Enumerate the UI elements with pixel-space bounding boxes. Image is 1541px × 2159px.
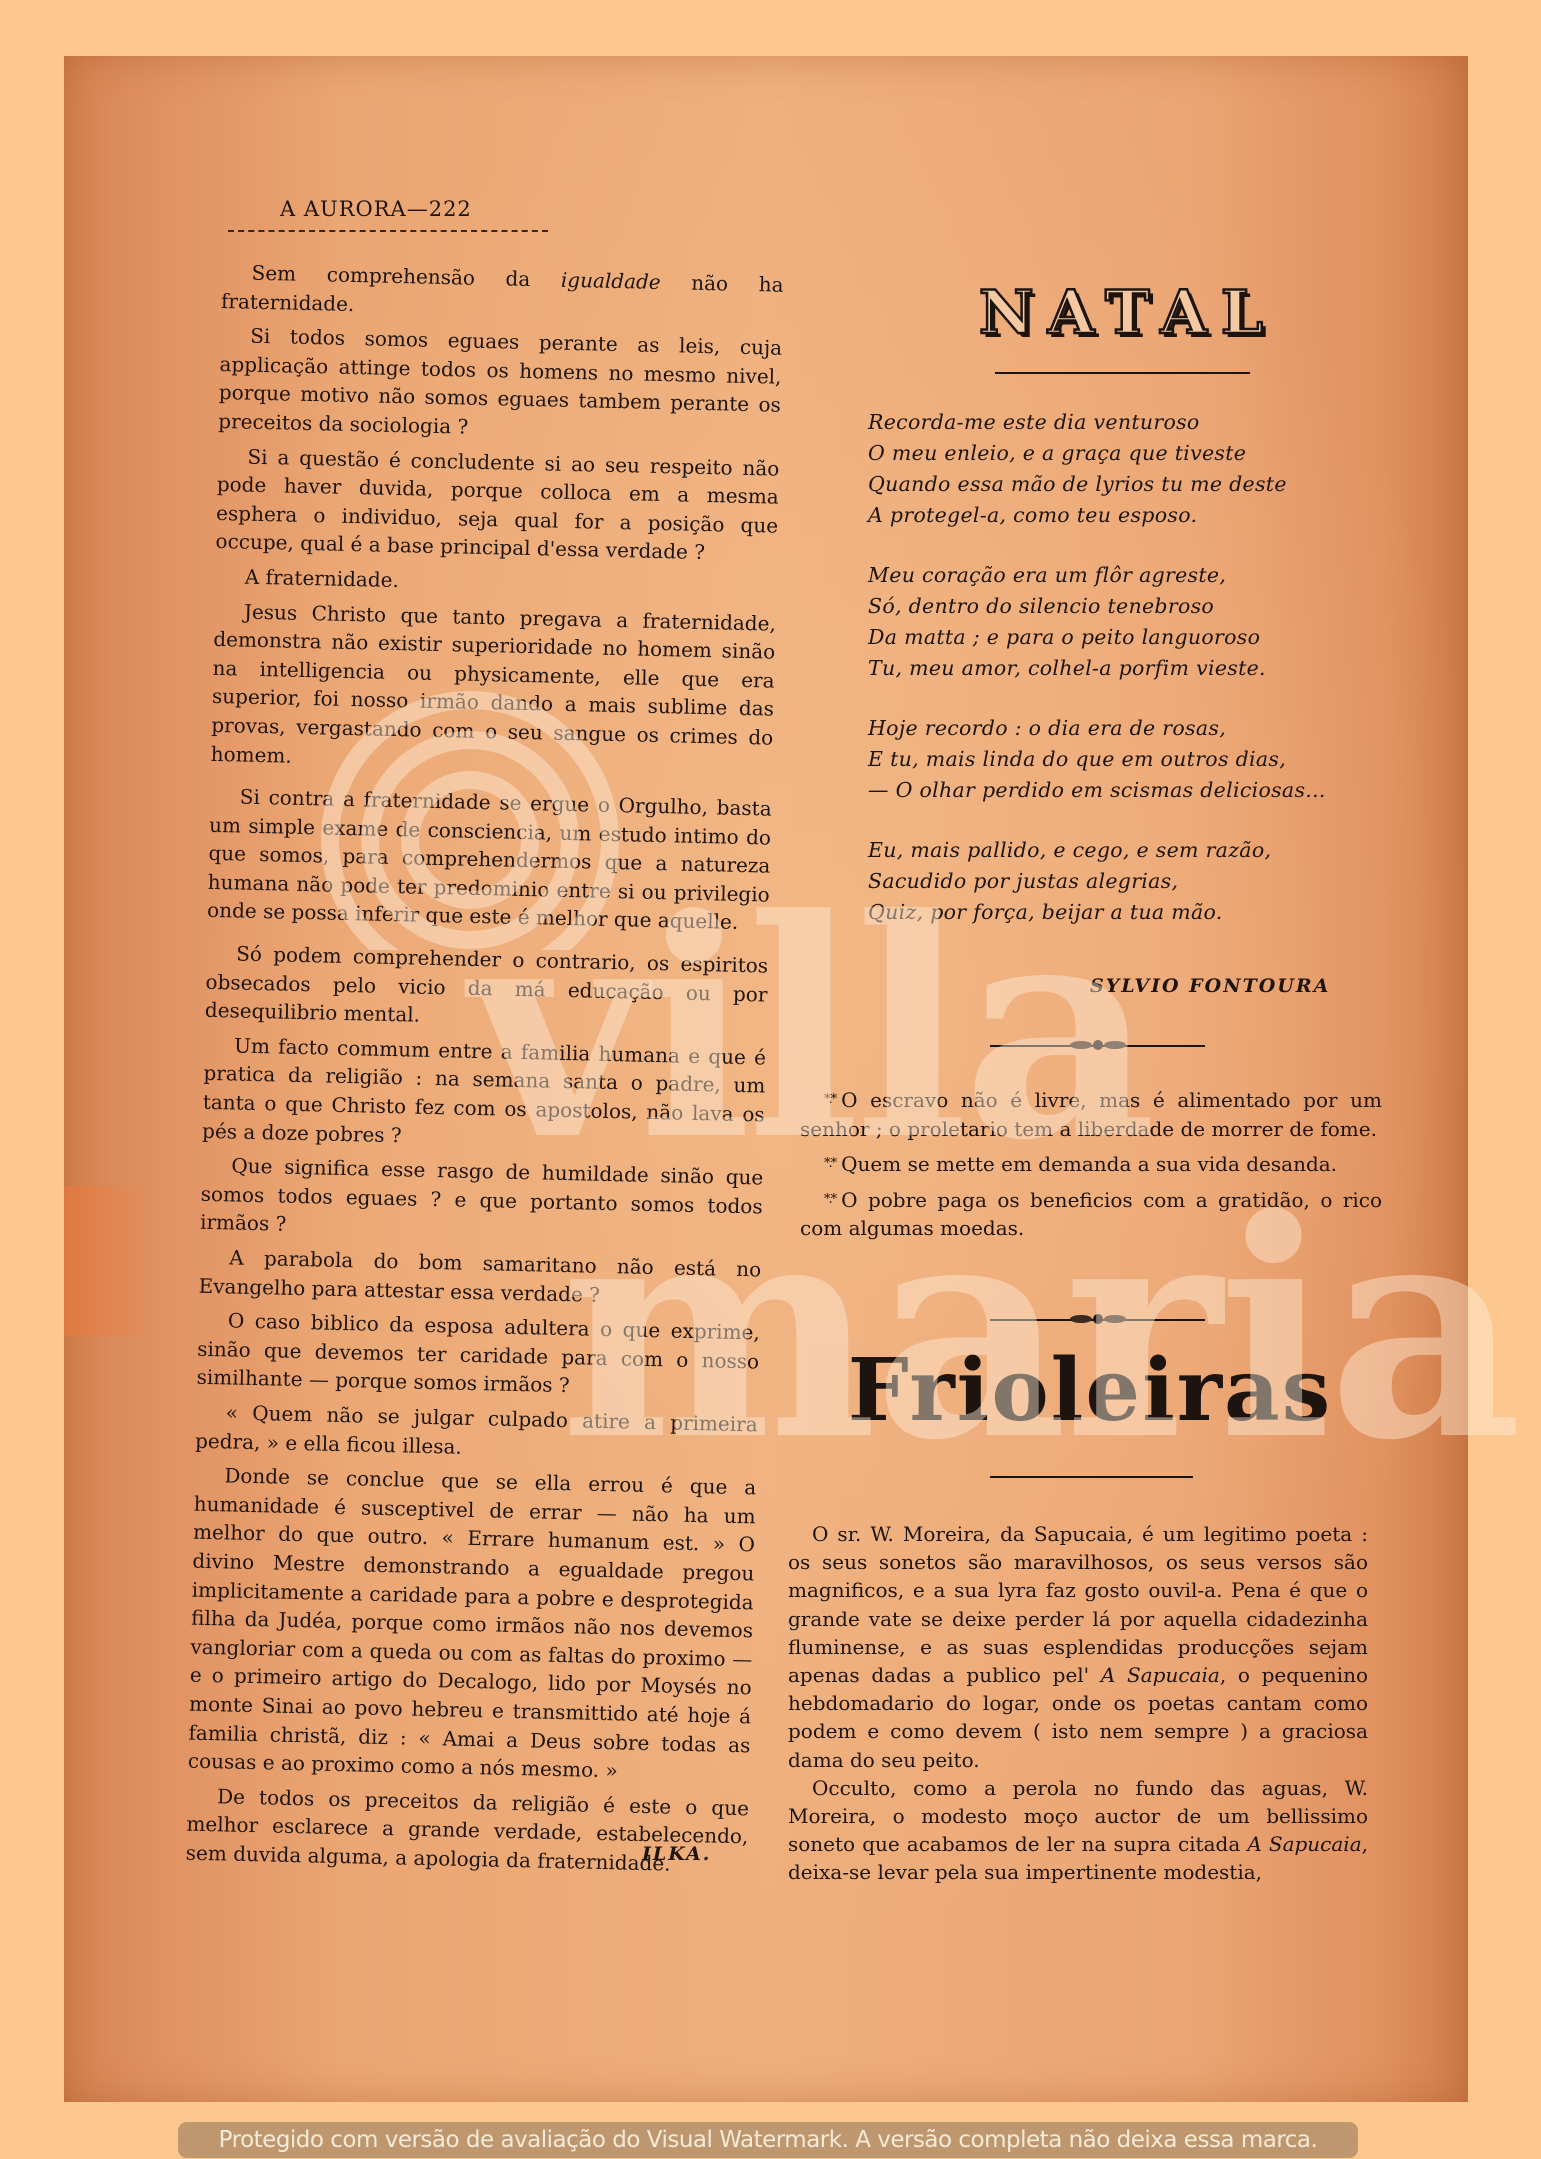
section-title: Frioleiras [820, 1340, 1360, 1441]
poem-line: Quando essa mão de lyrios tu me deste [868, 469, 1388, 500]
poem-line: A protegel-a, como teu esposo. [868, 500, 1388, 531]
article-fraternidade: Sem comprehensão da igualdade não ha fra… [185, 258, 784, 1886]
article-signature: ILKA. [642, 1843, 711, 1865]
poem-line: E tu, mais linda do que em outros dias, [868, 744, 1388, 775]
title-rule [990, 1476, 1193, 1478]
asterism-icon: *.* [824, 1156, 835, 1171]
title-rule [995, 372, 1250, 374]
article-paragraph: De todos os preceitos da religião é este… [185, 1781, 749, 1880]
poem-stanza: Hoje recordo : o dia era de rosas,E tu, … [868, 713, 1388, 806]
article-paragraph: Um facto commum entre a familia humana e… [202, 1031, 766, 1158]
poem-line: Quiz, por força, beijar a tua mão. [868, 897, 1388, 928]
frioleiras-paragraph: O sr. W. Moreira, da Sapucaia, é um legi… [788, 1520, 1368, 1774]
aphorisms-section: *.*O escravo não é livre, mas é alimenta… [800, 1086, 1382, 1250]
poem-line: O meu enleio, e a graça que tiveste [868, 438, 1388, 469]
poem-stanza: Meu coração era um flôr agreste,Só, dent… [868, 560, 1388, 684]
watermark-banner: Protegido com versão de avaliação do Vis… [178, 2122, 1358, 2158]
poem-line: Hoje recordo : o dia era de rosas, [868, 713, 1388, 744]
article-paragraph: « Quem não se julgar culpado atire a pri… [195, 1398, 758, 1468]
article-paragraph: Que significa esse rasgo de humildade si… [200, 1151, 764, 1250]
article-paragraph: A fraternidade. [214, 562, 777, 603]
poem-title: NATAL [918, 278, 1338, 348]
header-rule [228, 230, 548, 232]
article-paragraph: Donde se conclue que se ella errou é que… [188, 1461, 757, 1788]
article-paragraph: Jesus Christo que tanto pregava a frater… [210, 596, 776, 780]
aphorism: *.*O escravo não é livre, mas é alimenta… [800, 1086, 1382, 1143]
running-head: A AURORA—222 [280, 197, 472, 221]
poem-line: Da matta ; e para o peito languoroso [868, 622, 1388, 653]
article-paragraph: A parabola do bom samaritano não está no… [198, 1243, 761, 1313]
article-paragraph: Si contra a fraternidade se ergue o Orgu… [207, 782, 772, 938]
frioleiras-body: O sr. W. Moreira, da Sapucaia, é um legi… [788, 1520, 1368, 1887]
ornament-divider [990, 1314, 1205, 1326]
poem-stanza: Eu, mais pallido, e cego, e sem razão,Sa… [868, 835, 1388, 928]
article-paragraph: O caso biblico da esposa adultera o que … [196, 1306, 760, 1405]
aphorism: *.*Quem se mette em demanda a sua vida d… [800, 1150, 1382, 1179]
poem-stanza: Recorda-me este dia venturosoO meu enlei… [868, 407, 1388, 531]
aphorism: *.*O pobre paga os beneficios com a grat… [800, 1186, 1382, 1243]
ornament-divider [990, 1040, 1205, 1052]
poem-line: Eu, mais pallido, e cego, e sem razão, [868, 835, 1388, 866]
poem-author: SYLVIO FONTOURA [1090, 975, 1330, 997]
article-paragraph: Si todos somos eguaes perante as leis, c… [218, 321, 782, 448]
frioleiras-paragraph: Occulto, como a perola no fundo das agua… [788, 1774, 1368, 1887]
poem-natal: Recorda-me este dia venturosoO meu enlei… [868, 407, 1388, 957]
poem-line: — O olhar perdido em scismas deliciosas.… [868, 775, 1388, 806]
poem-line: Só, dentro do silencio tenebroso [868, 591, 1388, 622]
article-paragraph: Si a questão é concludente si ao seu res… [215, 442, 779, 569]
poem-line: Meu coração era um flôr agreste, [868, 560, 1388, 591]
asterism-icon: *.* [824, 1192, 835, 1207]
asterism-icon: *.* [824, 1092, 835, 1107]
article-paragraph: Só podem comprehender o contrario, os es… [205, 939, 769, 1038]
poem-line: Sacudido por justas alegrias, [868, 866, 1388, 897]
poem-line: Recorda-me este dia venturoso [868, 407, 1388, 438]
article-paragraph: Sem comprehensão da igualdade não ha fra… [221, 258, 784, 328]
poem-line: Tu, meu amor, colhel-a porfim vieste. [868, 653, 1388, 684]
